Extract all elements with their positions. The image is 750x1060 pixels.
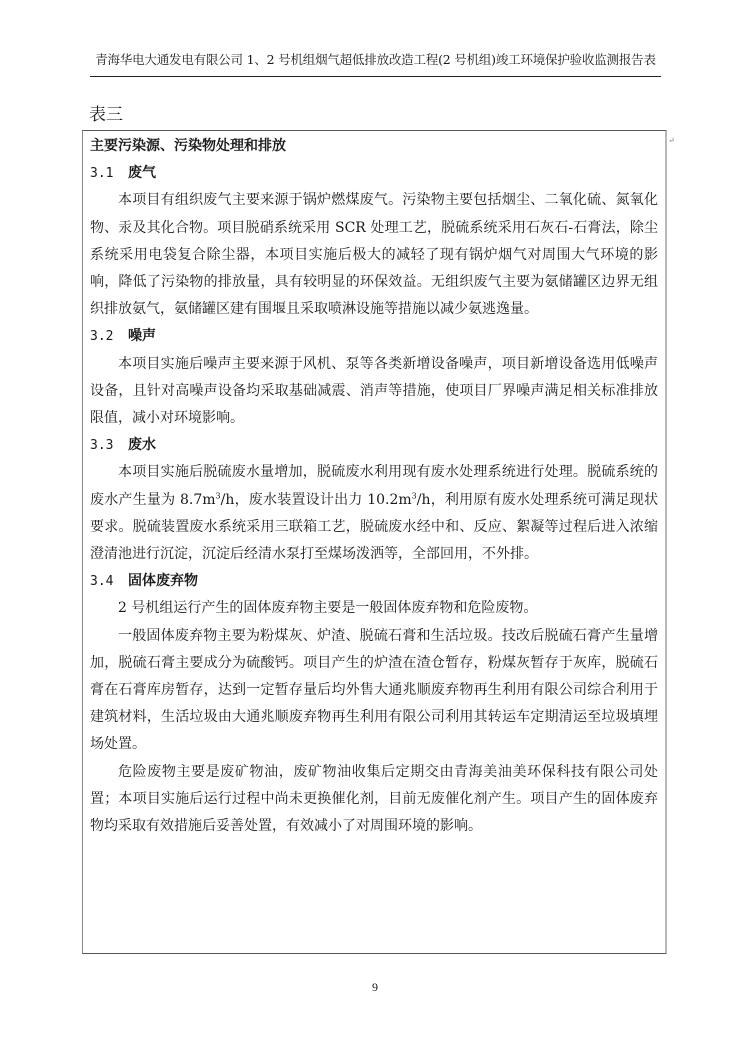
header-rule xyxy=(90,76,661,77)
paragraph: 危险废物主要是废矿物油，废矿物油收集后定期交由青海美油美环保科技有限公司处置；本… xyxy=(90,759,658,841)
section-number: 3.1 xyxy=(90,160,128,187)
paragraph: 一般固体废弃物主要为粉煤灰、炉渣、脱硫石膏和生活垃圾。技改后脱硫石膏产生量增加，… xyxy=(90,623,658,759)
paragraph: 本项目实施后脱硫废水量增加，脱硫废水利用现有废水处理系统进行处理。脱硫系统的废水… xyxy=(90,459,658,568)
section-title: 噪声 xyxy=(128,328,156,344)
paragraph: 本项目实施后噪声主要来源于风机、泵等各类新增设备噪声，项目新增设备选用低噪声设备… xyxy=(90,351,658,433)
content-table: 主要污染源、污染物处理和排放 3.1废气 本项目有组织废气主要来源于锅炉燃煤废气… xyxy=(82,130,667,954)
section-title: 废水 xyxy=(128,437,156,453)
section-number: 3.3 xyxy=(90,432,128,459)
running-header: 青海华电大通发电有限公司 1、2 号机组烟气超低排放改造工程(2 号机组)竣工环… xyxy=(90,50,661,68)
page-number: 9 xyxy=(0,980,750,995)
paragraph: 本项目有组织废气主要来源于锅炉燃煤废气。污染物主要包括烟尘、二氧化硫、氮氧化物、… xyxy=(90,187,658,323)
section-heading-solid-waste: 3.4固体废弃物 xyxy=(90,568,658,595)
table-cell: 主要污染源、污染物处理和排放 3.1废气 本项目有组织废气主要来源于锅炉燃煤废气… xyxy=(90,133,658,840)
section-heading-noise: 3.2噪声 xyxy=(90,323,658,350)
section-number: 3.2 xyxy=(90,323,128,350)
section-heading-waste-water: 3.3废水 xyxy=(90,432,658,459)
table-label: 表三 xyxy=(89,100,123,125)
section-title: 固体废弃物 xyxy=(128,573,198,589)
section-title: 废气 xyxy=(128,165,156,181)
section-number: 3.4 xyxy=(90,568,128,595)
text-run: /h，废水装置设计出力 10.2m xyxy=(221,492,412,508)
section-heading-waste-gas: 3.1废气 xyxy=(90,160,658,187)
cell-end-mark: ↵ xyxy=(668,136,675,145)
paragraph: 2 号机组运行产生的固体废弃物主要是一般固体废弃物和危险废物。 xyxy=(90,595,658,622)
cell-title: 主要污染源、污染物处理和排放 xyxy=(90,133,658,160)
